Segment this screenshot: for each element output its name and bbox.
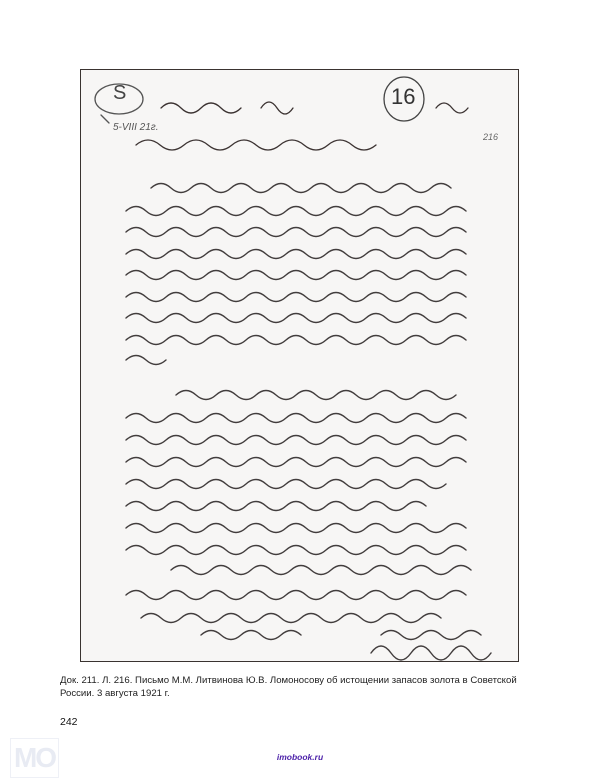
date-note: 5-VIII 21г. [113,122,159,133]
site-link[interactable]: imobook.ru [0,752,600,762]
circled-page-number: 16 [391,84,415,110]
figure-caption: Док. 211. Л. 216. Письмо М.М. Литвинова … [60,674,540,700]
handwriting-image [81,70,518,661]
page-number: 242 [60,716,78,728]
manuscript-scan: S 16 5-VIII 21г. 216 [80,69,519,662]
circled-letter: S [113,82,126,105]
sheet-number: 216 [483,132,498,142]
